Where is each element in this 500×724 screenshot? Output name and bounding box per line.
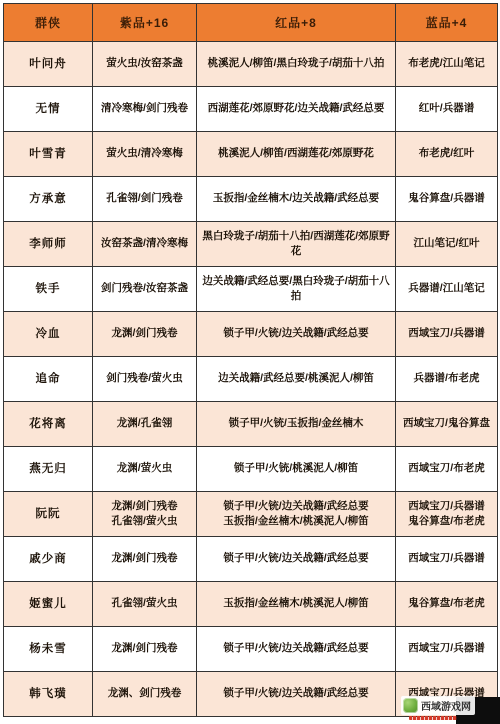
purple-items-cell: 龙渊/剑门残卷	[93, 312, 197, 357]
purple-items-cell: 龙渊、剑门残卷	[93, 672, 197, 717]
table-row: 无情清冷寒梅/剑门残卷西湖莲花/郊原野花/边关战籍/武经总要红叶/兵器谱	[4, 87, 498, 132]
table-row: 燕无归龙渊/萤火虫锁子甲/火铳/桃溪泥人/柳笛西域宝刀/布老虎	[4, 447, 498, 492]
hero-equipment-table: 群侠 紫品+16 红品+8 蓝品+4 叶问舟萤火虫/汝窑茶盏桃溪泥人/柳笛/黑白…	[3, 3, 498, 717]
table-row: 铁手剑门残卷/汝窑茶盏边关战籍/武经总要/黑白玲珑子/胡茄十八拍兵器谱/江山笔记	[4, 267, 498, 312]
blue-items-cell: 西域宝刀/兵器谱	[396, 537, 498, 582]
watermark-subtext-line	[409, 716, 457, 720]
table-row: 冷血龙渊/剑门残卷锁子甲/火铳/边关战籍/武经总要西域宝刀/兵器谱	[4, 312, 498, 357]
hero-name-cell: 杨未雪	[4, 627, 93, 672]
site-watermark: 西域游戏网	[401, 696, 475, 715]
table-row: 姬蜜儿孔雀翎/萤火虫玉扳指/金丝楠木/桃溪泥人/柳笛鬼谷算盘/布老虎	[4, 582, 498, 627]
red-items-cell: 锁子甲/火铳/玉扳指/金丝楠木	[197, 402, 396, 447]
blue-items-cell: 兵器谱/布老虎	[396, 357, 498, 402]
table-row: 李师师汝窑茶盏/清冷寒梅黑白玲珑子/胡茄十八拍/西湖莲花/郊原野花江山笔记/红叶	[4, 222, 498, 267]
hero-name-cell: 姬蜜儿	[4, 582, 93, 627]
red-items-cell: 边关战籍/武经总要/桃溪泥人/柳笛	[197, 357, 396, 402]
purple-items-cell: 龙渊/剑门残卷	[93, 627, 197, 672]
table-row: 叶雪青萤火虫/清冷寒梅桃溪泥人/柳笛/西湖莲花/郊原野花布老虎/红叶	[4, 132, 498, 177]
blue-items-cell: 西域宝刀/兵器谱	[396, 312, 498, 357]
column-header-purple-items: 紫品+16	[93, 4, 197, 42]
purple-items-cell: 孔雀翎/剑门残卷	[93, 177, 197, 222]
red-items-cell: 桃溪泥人/柳笛/西湖莲花/郊原野花	[197, 132, 396, 177]
purple-items-cell: 龙渊/剑门残卷 孔雀翎/萤火虫	[93, 492, 197, 537]
red-items-cell: 桃溪泥人/柳笛/黑白玲珑子/胡茄十八拍	[197, 42, 396, 87]
blue-items-cell: 鬼谷算盘/布老虎	[396, 582, 498, 627]
column-header-red-items: 红品+8	[197, 4, 396, 42]
table-header-row: 群侠 紫品+16 红品+8 蓝品+4	[4, 4, 498, 42]
hero-name-cell: 无情	[4, 87, 93, 132]
red-items-cell: 边关战籍/武经总要/黑白玲珑子/胡茄十八拍	[197, 267, 396, 312]
red-items-cell: 锁子甲/火铳/边关战籍/武经总要	[197, 312, 396, 357]
table-row: 方承意孔雀翎/剑门残卷玉扳指/金丝楠木/边关战籍/武经总要鬼谷算盘/兵器谱	[4, 177, 498, 222]
table-row: 阮阮龙渊/剑门残卷 孔雀翎/萤火虫锁子甲/火铳/边关战籍/武经总要 玉扳指/金丝…	[4, 492, 498, 537]
purple-items-cell: 清冷寒梅/剑门残卷	[93, 87, 197, 132]
hero-name-cell: 追命	[4, 357, 93, 402]
table-row: 花将离龙渊/孔雀翎锁子甲/火铳/玉扳指/金丝楠木西域宝刀/鬼谷算盘	[4, 402, 498, 447]
hero-name-cell: 花将离	[4, 402, 93, 447]
purple-items-cell: 剑门残卷/萤火虫	[93, 357, 197, 402]
blue-items-cell: 兵器谱/江山笔记	[396, 267, 498, 312]
red-items-cell: 玉扳指/金丝楠木/桃溪泥人/柳笛	[197, 582, 396, 627]
table-row: 叶问舟萤火虫/汝窑茶盏桃溪泥人/柳笛/黑白玲珑子/胡茄十八拍布老虎/江山笔记	[4, 42, 498, 87]
red-items-cell: 锁子甲/火铳/边关战籍/武经总要 玉扳指/金丝楠木/桃溪泥人/柳笛	[197, 492, 396, 537]
page: 群侠 紫品+16 红品+8 蓝品+4 叶问舟萤火虫/汝窑茶盏桃溪泥人/柳笛/黑白…	[0, 0, 500, 724]
column-header-heroes: 群侠	[4, 4, 93, 42]
table-row: 戚少商龙渊/剑门残卷锁子甲/火铳/边关战籍/武经总要西域宝刀/兵器谱	[4, 537, 498, 582]
red-items-cell: 锁子甲/火铳/边关战籍/武经总要	[197, 627, 396, 672]
watermark-badge: 西域游戏网	[401, 696, 475, 715]
blue-items-cell: 江山笔记/红叶	[396, 222, 498, 267]
hero-name-cell: 燕无归	[4, 447, 93, 492]
purple-items-cell: 孔雀翎/萤火虫	[93, 582, 197, 627]
blue-items-cell: 布老虎/红叶	[396, 132, 498, 177]
table-row: 追命剑门残卷/萤火虫边关战籍/武经总要/桃溪泥人/柳笛兵器谱/布老虎	[4, 357, 498, 402]
watermark-site-name: 西域游戏网	[421, 698, 471, 713]
purple-items-cell: 龙渊/萤火虫	[93, 447, 197, 492]
purple-items-cell: 萤火虫/汝窑茶盏	[93, 42, 197, 87]
hero-name-cell: 叶雪青	[4, 132, 93, 177]
purple-items-cell: 汝窑茶盏/清冷寒梅	[93, 222, 197, 267]
red-items-cell: 锁子甲/火铳/边关战籍/武经总要	[197, 672, 396, 717]
hero-name-cell: 叶问舟	[4, 42, 93, 87]
red-items-cell: 西湖莲花/郊原野花/边关战籍/武经总要	[197, 87, 396, 132]
hero-name-cell: 方承意	[4, 177, 93, 222]
purple-items-cell: 萤火虫/清冷寒梅	[93, 132, 197, 177]
hero-name-cell: 韩飞璜	[4, 672, 93, 717]
blue-items-cell: 西域宝刀/布老虎	[396, 447, 498, 492]
hero-name-cell: 阮阮	[4, 492, 93, 537]
purple-items-cell: 龙渊/孔雀翎	[93, 402, 197, 447]
hero-name-cell: 李师师	[4, 222, 93, 267]
column-header-blue-items: 蓝品+4	[396, 4, 498, 42]
red-items-cell: 玉扳指/金丝楠木/边关战籍/武经总要	[197, 177, 396, 222]
purple-items-cell: 龙渊/剑门残卷	[93, 537, 197, 582]
table-row: 杨未雪龙渊/剑门残卷锁子甲/火铳/边关战籍/武经总要西域宝刀/兵器谱	[4, 627, 498, 672]
blue-items-cell: 布老虎/江山笔记	[396, 42, 498, 87]
blue-items-cell: 西域宝刀/兵器谱 鬼谷算盘/布老虎	[396, 492, 498, 537]
hero-name-cell: 冷血	[4, 312, 93, 357]
purple-items-cell: 剑门残卷/汝窑茶盏	[93, 267, 197, 312]
red-items-cell: 黑白玲珑子/胡茄十八拍/西湖莲花/郊原野花	[197, 222, 396, 267]
leaf-logo-icon	[403, 698, 418, 713]
blue-items-cell: 红叶/兵器谱	[396, 87, 498, 132]
red-items-cell: 锁子甲/火铳/边关战籍/武经总要	[197, 537, 396, 582]
hero-name-cell: 铁手	[4, 267, 93, 312]
hero-name-cell: 戚少商	[4, 537, 93, 582]
blue-items-cell: 西域宝刀/兵器谱	[396, 627, 498, 672]
red-items-cell: 锁子甲/火铳/桃溪泥人/柳笛	[197, 447, 396, 492]
blue-items-cell: 西域宝刀/鬼谷算盘	[396, 402, 498, 447]
blue-items-cell: 鬼谷算盘/兵器谱	[396, 177, 498, 222]
